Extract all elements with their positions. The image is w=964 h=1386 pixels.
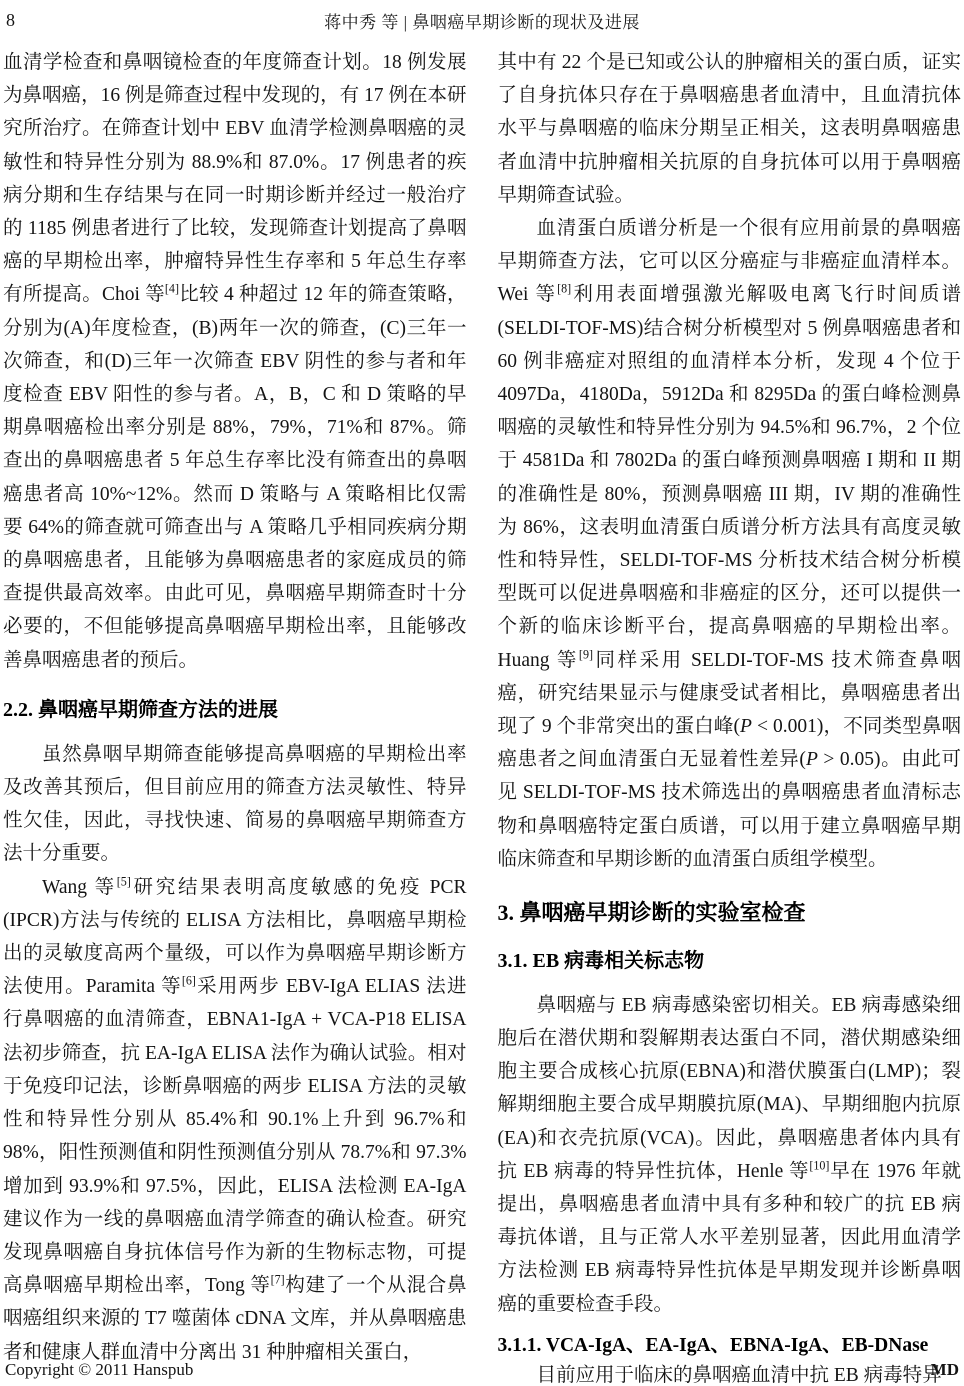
body-paragraph: 鼻咽癌与 EB 病毒感染密切相关。EB 病毒感染细胞后在潜伏期和裂解期表达蛋白不… xyxy=(498,989,962,1321)
footer-journal-code: MD xyxy=(931,1360,959,1380)
text-run: 采用两步 EBV-IgA ELIAS 法进行鼻咽癌的血清筛查，EBNA1-IgA… xyxy=(3,976,467,1296)
body-paragraph: 其中有 22 个是已知或公认的肿瘤相关的蛋白质，证实了自身抗体只存在于鼻咽癌患者… xyxy=(498,46,962,212)
italic-variable: P xyxy=(806,749,818,770)
left-column: 血清学检查和鼻咽镜检查的年度筛查计划。18 例发展为鼻咽癌，16 例是筛查过程中… xyxy=(3,46,467,1386)
text-run: 鼻咽癌与 EB 病毒感染密切相关。EB 病毒感染细胞后在潜伏期和裂解期表达蛋白不… xyxy=(498,995,962,1182)
reference-superscript: [4] xyxy=(165,282,179,296)
text-run: 血清学检查和鼻咽镜检查的年度筛查计划。18 例发展为鼻咽癌，16 例是筛查过程中… xyxy=(3,52,467,305)
section-heading: 3.1. EB 病毒相关标志物 xyxy=(498,948,962,975)
section-heading: 2.2. 鼻咽癌早期筛查方法的进展 xyxy=(3,697,467,724)
body-paragraph: Wang 等[5]研究结果表明高度敏感的免疫 PCR (IPCR)方法与传统的 … xyxy=(3,871,467,1369)
section-heading: 3.1.1. VCA-IgA、EA-IgA、EBNA-IgA、EB-DNase xyxy=(498,1333,962,1359)
body-paragraph: 血清学检查和鼻咽镜检查的年度筛查计划。18 例发展为鼻咽癌，16 例是筛查过程中… xyxy=(3,46,467,677)
text-run: 早在 1976 年就提出，鼻咽癌患者血清中具有多种和较广的抗 EB 病毒抗体谱，… xyxy=(498,1161,962,1315)
two-column-body: 血清学检查和鼻咽镜检查的年度筛查计划。18 例发展为鼻咽癌，16 例是筛查过程中… xyxy=(3,46,961,1386)
body-paragraph: 血清蛋白质谱分析是一个很有应用前景的鼻咽癌早期筛查方法，它可以区分癌症与非癌症血… xyxy=(498,212,962,876)
section-heading: 3. 鼻咽癌早期诊断的实验室检查 xyxy=(498,898,962,928)
text-run: Wang 等 xyxy=(42,877,117,898)
italic-variable: P xyxy=(740,716,752,737)
reference-superscript: [8] xyxy=(557,282,571,296)
footer-copyright: Copyright © 2011 Hanspub xyxy=(5,1360,193,1380)
page-number: 8 xyxy=(6,10,15,31)
right-column: 其中有 22 个是已知或公认的肿瘤相关的蛋白质，证实了自身抗体只存在于鼻咽癌患者… xyxy=(498,46,962,1386)
paper-page: 8 蒋中秀 等 | 鼻咽癌早期诊断的现状及进展 血清学检查和鼻咽镜检查的年度筛查… xyxy=(0,0,964,1386)
text-run: 利用表面增强激光解吸电离飞行时间质谱(SELDI-TOF-MS)结合树分析模型对… xyxy=(498,284,962,670)
reference-superscript: [6] xyxy=(182,974,196,988)
reference-superscript: [7] xyxy=(271,1273,285,1287)
text-run: 比较 4 种超过 12 年的筛查策略，分别为(A)年度检查，(B)两年一次的筛查… xyxy=(3,284,467,670)
text-run: 其中有 22 个是已知或公认的肿瘤相关的蛋白质，证实了自身抗体只存在于鼻咽癌患者… xyxy=(498,52,962,206)
reference-superscript: [10] xyxy=(809,1158,829,1172)
text-run: 虽然鼻咽早期筛查能够提高鼻咽癌的早期检出率及改善其预后，但目前应用的筛查方法灵敏… xyxy=(3,744,467,865)
running-header-title: 蒋中秀 等 | 鼻咽癌早期诊断的现状及进展 xyxy=(0,8,964,33)
page-footer: Copyright © 2011 Hanspub MD xyxy=(5,1360,959,1380)
reference-superscript: [5] xyxy=(117,874,131,888)
running-header: 8 蒋中秀 等 | 鼻咽癌早期诊断的现状及进展 xyxy=(0,8,964,38)
reference-superscript: [9] xyxy=(579,647,593,661)
body-paragraph: 虽然鼻咽早期筛查能够提高鼻咽癌的早期检出率及改善其预后，但目前应用的筛查方法灵敏… xyxy=(3,738,467,871)
